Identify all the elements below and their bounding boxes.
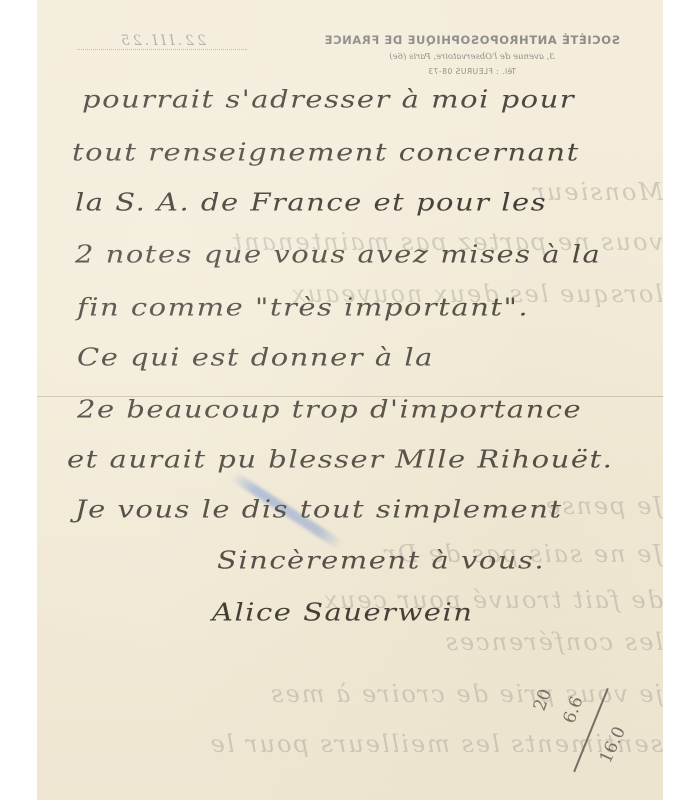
letter-line: tout renseignement concernant bbox=[72, 138, 580, 167]
letterhead: SOCIÉTÉ ANTHROPOSOPHIQUE DE FRANCE 3, av… bbox=[292, 33, 652, 76]
letter-closing: Sincèrement à vous. bbox=[217, 546, 545, 575]
letter-line: et aurait pu blesser Mlle Rihouët. bbox=[67, 445, 613, 474]
letter-line: 2 notes que vous avez mises à la bbox=[75, 240, 601, 269]
letterhead-telephone: Tél. : FLEURUS 08-73 bbox=[292, 67, 652, 76]
letter-line: pourrait s'adresser à moi pour bbox=[82, 85, 575, 114]
signature: Alice Sauerwein bbox=[212, 598, 473, 627]
letterhead-address: 3, avenue de l'Observatoire, Paris (6e) bbox=[292, 52, 652, 62]
annotation-value: 6.6 bbox=[560, 694, 588, 726]
reference-date: 22.III.25 bbox=[77, 33, 247, 50]
pencil-annotation: 20 6.6 16.0 bbox=[532, 680, 632, 790]
letter-line: fin comme "très important". bbox=[77, 293, 529, 322]
letter-line: 2e beaucoup trop d'importance bbox=[77, 395, 582, 424]
letterhead-organization: SOCIÉTÉ ANTHROPOSOPHIQUE DE FRANCE bbox=[292, 33, 652, 47]
letter-line: Ce qui est donner à la bbox=[77, 343, 434, 372]
showthrough-line: les conférences bbox=[37, 628, 663, 656]
letter-line: la S. A. de France et pour les bbox=[75, 188, 547, 217]
annotation-value: 16.0 bbox=[596, 724, 630, 767]
letter-page: 22.III.25 SOCIÉTÉ ANTHROPOSOPHIQUE DE FR… bbox=[37, 0, 663, 800]
letter-line: Je vous le dis tout simplement bbox=[75, 495, 563, 524]
annotation-value: 20 bbox=[530, 686, 556, 713]
